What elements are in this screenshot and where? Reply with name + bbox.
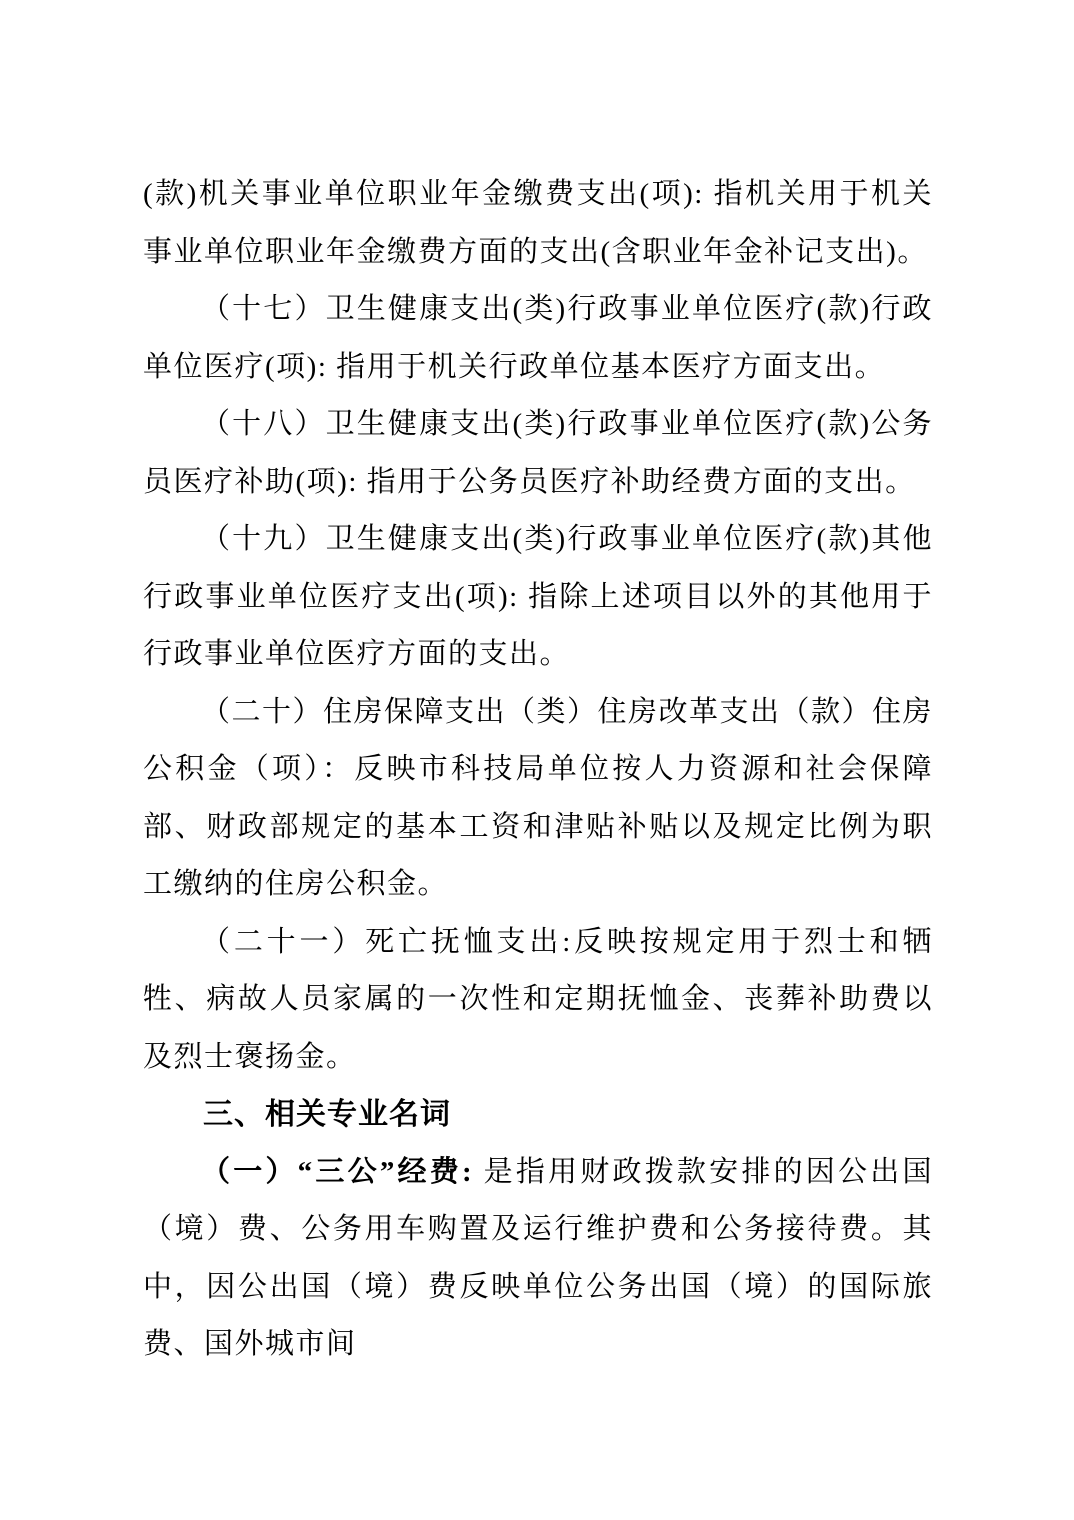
term-label-sangong: （一）“三公”经费: (201, 1156, 473, 1188)
paragraph-term-sangong-expenses: （一）“三公”经费: 是指用财政拨款安排的因公出国（境）费、公务用车购置及运行维… (143, 1144, 933, 1374)
document-page: (款)机关事业单位职业年金缴费支出(项): 指机关用于机关事业单位职业年金缴费方… (0, 0, 1074, 1520)
paragraph-item-21-death-pension: （二十一）死亡抚恤支出:反映按规定用于烈士和牺牲、病故人员家属的一次性和定期抚恤… (143, 914, 933, 1087)
paragraph-item-20-housing-fund: （二十）住房保障支出（类）住房改革支出（款）住房公积金（项）：反映市科技局单位按… (143, 684, 933, 914)
section-heading-related-terms: 三、相关专业名词 (143, 1086, 933, 1144)
document-content: (款)机关事业单位职业年金缴费支出(项): 指机关用于机关事业单位职业年金缴费方… (143, 166, 933, 1374)
paragraph-item-17-admin-unit-medical: （十七）卫生健康支出(类)行政事业单位医疗(款)行政单位医疗(项): 指用于机关… (143, 281, 933, 396)
paragraph-item-18-civil-servant-medical-subsidy: （十八）卫生健康支出(类)行政事业单位医疗(款)公务员医疗补助(项): 指用于公… (143, 396, 933, 511)
paragraph-item-19-other-admin-medical: （十九）卫生健康支出(类)行政事业单位医疗(款)其他行政事业单位医疗支出(项):… (143, 511, 933, 684)
paragraph-pension-contribution-continuation: (款)机关事业单位职业年金缴费支出(项): 指机关用于机关事业单位职业年金缴费方… (143, 166, 933, 281)
